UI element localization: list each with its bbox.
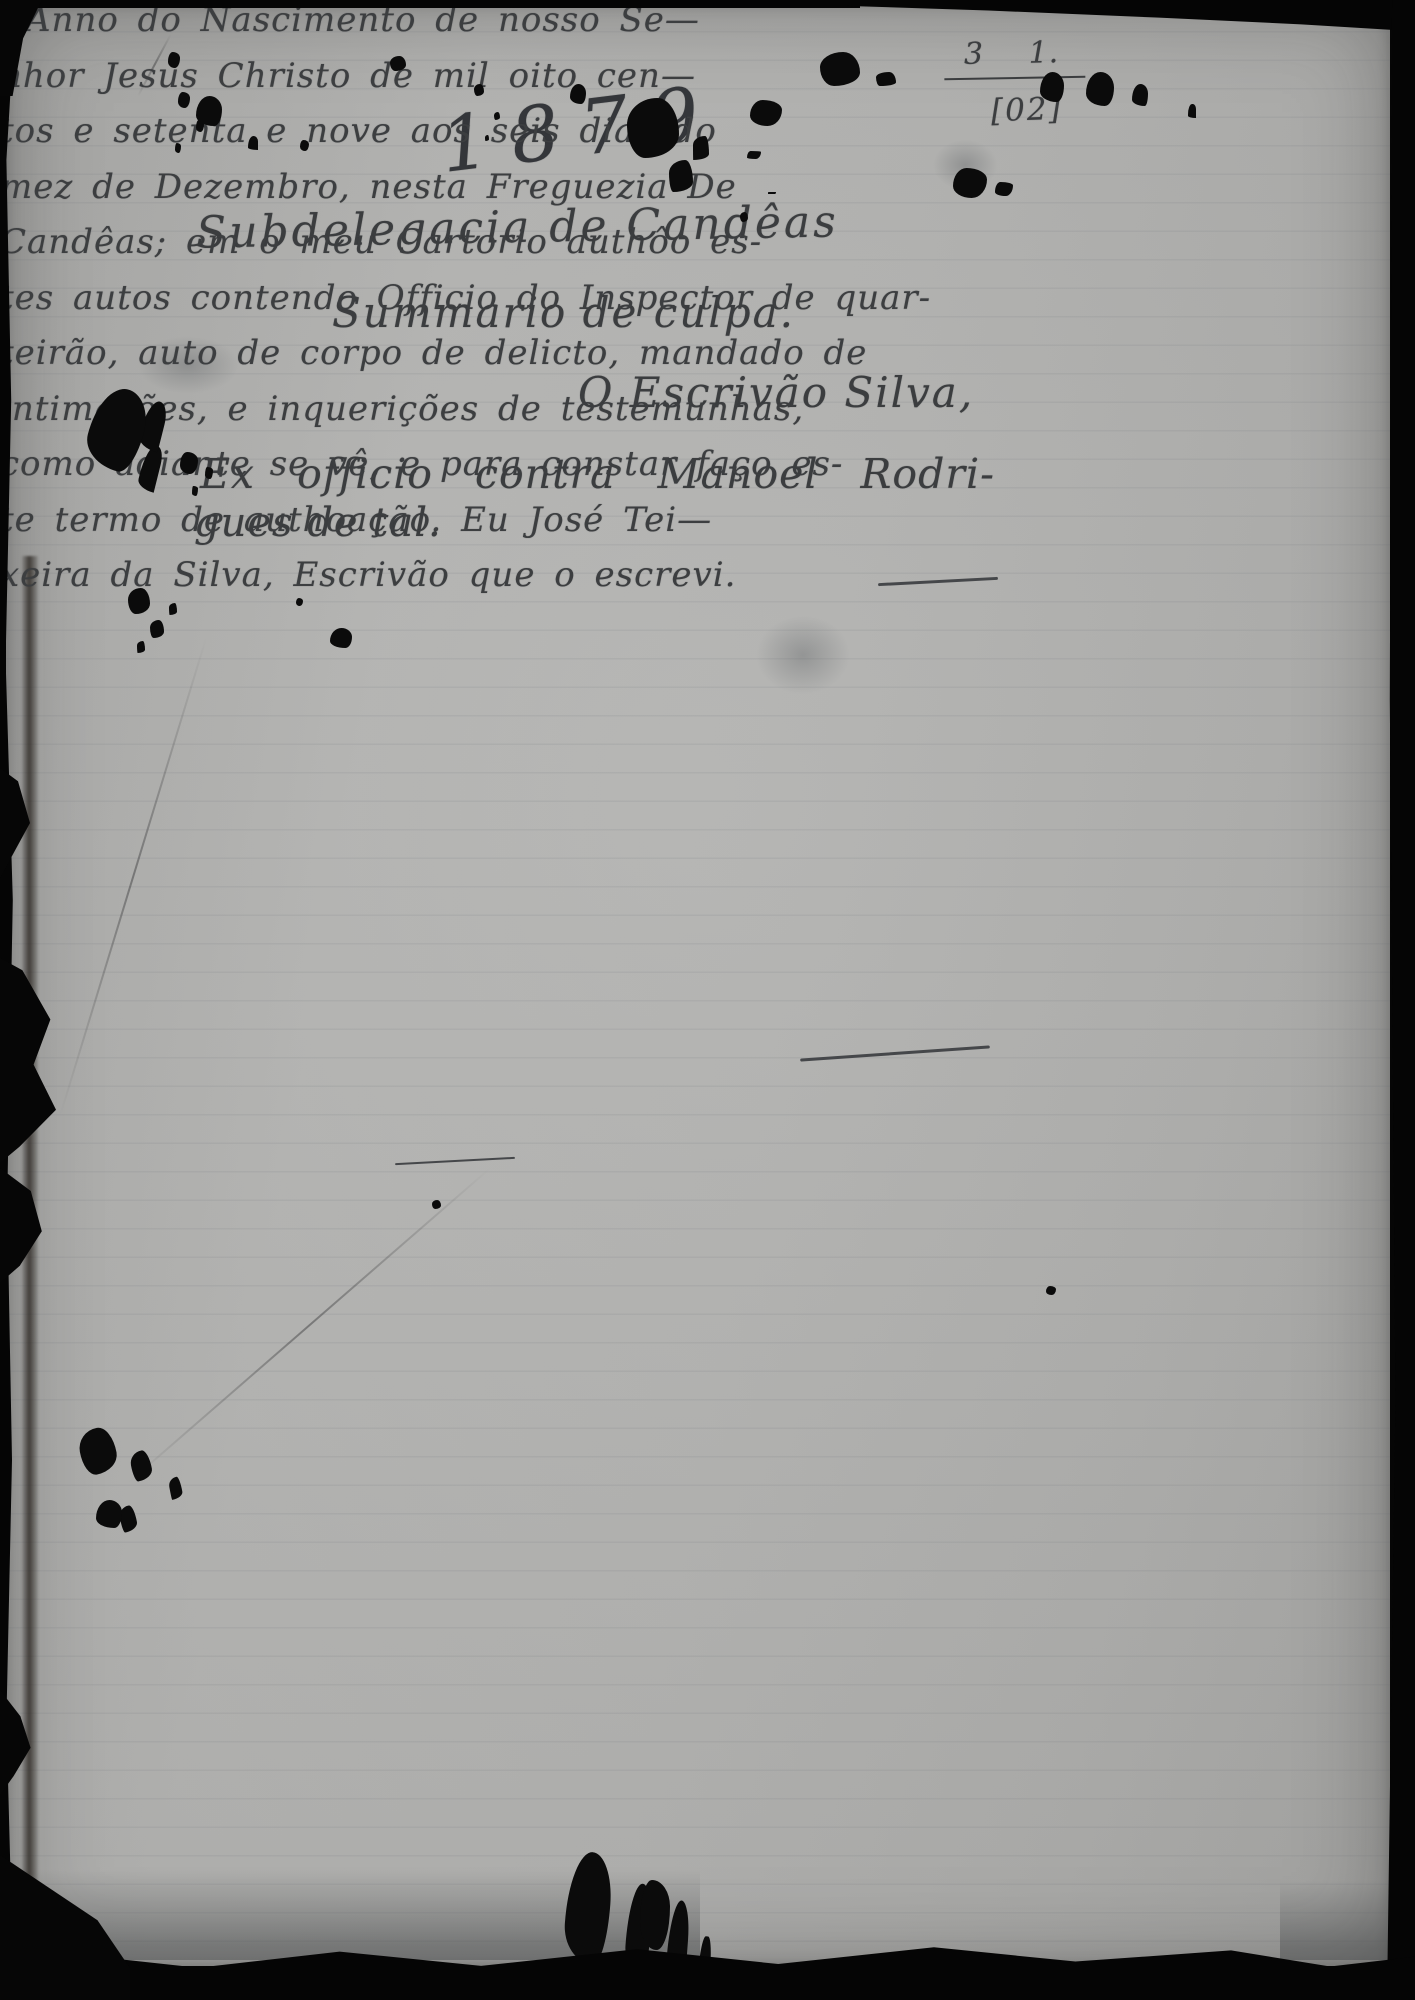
body-line: Candêas; em o meu Cartorio authôo es- xyxy=(0,222,1415,278)
scanned-page-background: 3 1. [02] 1879 Subdelegacia de Candêas S… xyxy=(0,0,1415,2000)
body-line: xeira da Silva, Escrivão que o escrevi. xyxy=(0,555,1415,611)
page-edge-top xyxy=(0,0,860,8)
body-line: te termo de authoação. Eu José Tei— xyxy=(0,500,1415,556)
page-edge-right xyxy=(1387,0,1415,2000)
body-paragraph: Anno do Nascimento de nosso Se— nhor Jes… xyxy=(0,0,1415,611)
body-line: tes autos contendo Officio do Inspector … xyxy=(0,278,1415,334)
body-line: como adiante se vê, e para constar faço … xyxy=(0,444,1415,500)
body-line: teirão, auto de corpo de delicto, mandad… xyxy=(0,333,1415,389)
water-stain xyxy=(738,600,868,710)
body-line: mez de Dezembro, nesta Freguezia De xyxy=(0,167,1415,223)
body-line: intimações, e inquerições de testemunhas… xyxy=(0,389,1415,445)
